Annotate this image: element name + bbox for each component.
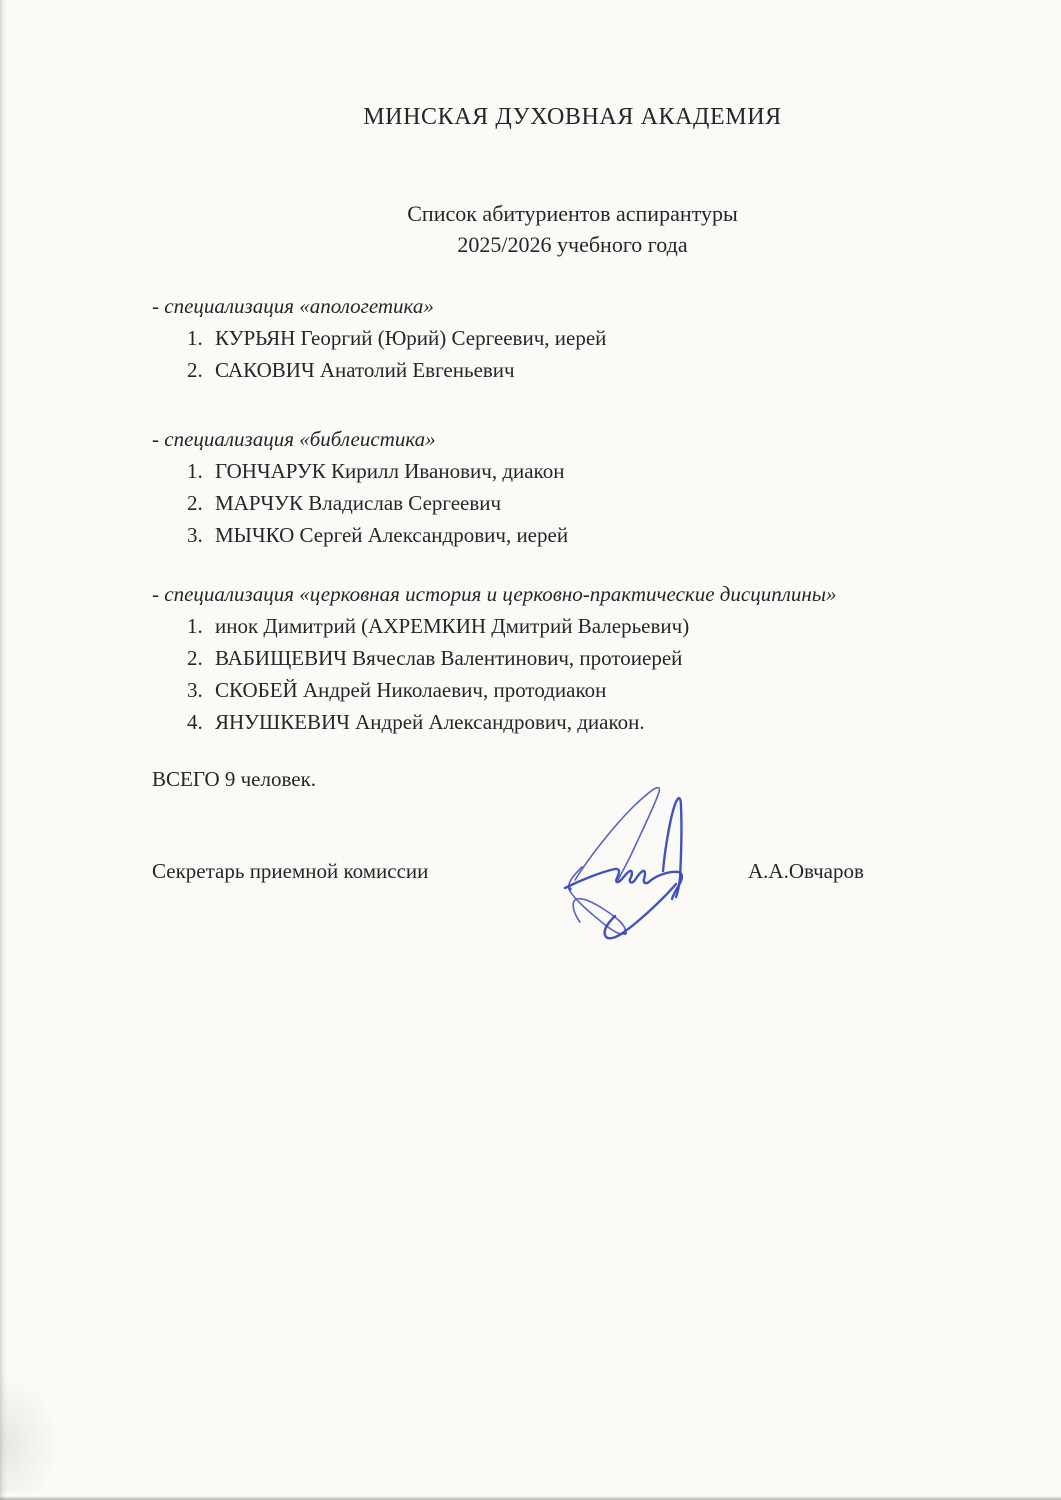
secretary-role-label: Секретарь приемной комиссии xyxy=(152,859,428,883)
section-biblical-studies: - специализация «библеистика» 1. ГОНЧАРУ… xyxy=(152,423,993,551)
scanned-document-sheet: МИНСКАЯ ДУХОВНАЯ АКАДЕМИЯ Список абитури… xyxy=(0,0,1061,1500)
secretary-name: А.А.Овчаров xyxy=(748,855,864,887)
list-item: 2. МАРЧУК Владислав Сергеевич xyxy=(152,487,993,519)
applicant-name: ГОНЧАРУК Кирилл Иванович, диакон xyxy=(215,455,564,487)
scan-edge-shadow-left xyxy=(0,0,7,1500)
section-heading: - специализация «церковная история и цер… xyxy=(152,578,993,610)
list-item: 1. КУРЬЯН Георгий (Юрий) Сергеевич, иере… xyxy=(152,322,993,354)
section-heading: - специализация «апологетика» xyxy=(152,290,993,322)
item-number: 1. xyxy=(187,455,215,487)
item-number: 3. xyxy=(187,674,215,706)
applicant-list: 1. инок Димитрий (АХРЕМКИН Дмитрий Валер… xyxy=(152,610,993,738)
section-church-history: - специализация «церковная история и цер… xyxy=(152,578,993,738)
section-heading: - специализация «библеистика» xyxy=(152,423,993,455)
item-number: 2. xyxy=(187,642,215,674)
applicant-list: 1. КУРЬЯН Георгий (Юрий) Сергеевич, иере… xyxy=(152,322,993,386)
document-title: МИНСКАЯ ДУХОВНАЯ АКАДЕМИЯ xyxy=(152,103,993,131)
list-item: 4. ЯНУШКЕВИЧ Андрей Александрович, диако… xyxy=(152,706,993,738)
applicant-name: САКОВИЧ Анатолий Евгеньевич xyxy=(215,354,515,386)
applicant-name: ВАБИЩЕВИЧ Вячеслав Валентинович, протоие… xyxy=(215,642,682,674)
item-number: 2. xyxy=(187,487,215,519)
section-apologetics: - специализация «апологетика» 1. КУРЬЯН … xyxy=(152,290,993,386)
scan-corner-smudge xyxy=(0,1372,60,1492)
item-number: 4. xyxy=(187,706,215,738)
scan-edge-shadow-bottom xyxy=(0,1496,1061,1500)
list-item: 3. СКОБЕЙ Андрей Николаевич, протодиакон xyxy=(152,674,993,706)
secretary-row: Секретарь приемной комиссии А.А.Овчаров xyxy=(152,855,993,887)
list-item: 3. МЫЧКО Сергей Александрович, иерей xyxy=(152,519,993,551)
item-number: 3. xyxy=(187,519,215,551)
applicant-name: ЯНУШКЕВИЧ Андрей Александрович, диакон. xyxy=(215,706,645,738)
list-item: 1. ГОНЧАРУК Кирилл Иванович, диакон xyxy=(152,455,993,487)
item-number: 2. xyxy=(187,354,215,386)
document-content: МИНСКАЯ ДУХОВНАЯ АКАДЕМИЯ Список абитури… xyxy=(152,0,993,887)
applicant-list: 1. ГОНЧАРУК Кирилл Иванович, диакон 2. М… xyxy=(152,455,993,551)
list-item: 2. САКОВИЧ Анатолий Евгеньевич xyxy=(152,354,993,386)
list-item: 2. ВАБИЩЕВИЧ Вячеслав Валентинович, прот… xyxy=(152,642,993,674)
subtitle-line-2: 2025/2026 учебного года xyxy=(152,229,993,260)
applicant-name: МАРЧУК Владислав Сергеевич xyxy=(215,487,501,519)
applicant-name: МЫЧКО Сергей Александрович, иерей xyxy=(215,519,568,551)
item-number: 1. xyxy=(187,610,215,642)
applicant-name: СКОБЕЙ Андрей Николаевич, протодиакон xyxy=(215,674,606,706)
list-item: 1. инок Димитрий (АХРЕМКИН Дмитрий Валер… xyxy=(152,610,993,642)
item-number: 1. xyxy=(187,322,215,354)
applicant-name: инок Димитрий (АХРЕМКИН Дмитрий Валерьев… xyxy=(215,610,689,642)
subtitle-line-1: Список абитуриентов аспирантуры xyxy=(152,198,993,229)
total-count-line: ВСЕГО 9 человек. xyxy=(152,763,993,795)
document-subtitle: Список абитуриентов аспирантуры 2025/202… xyxy=(152,198,993,260)
applicant-name: КУРЬЯН Георгий (Юрий) Сергеевич, иерей xyxy=(215,322,606,354)
